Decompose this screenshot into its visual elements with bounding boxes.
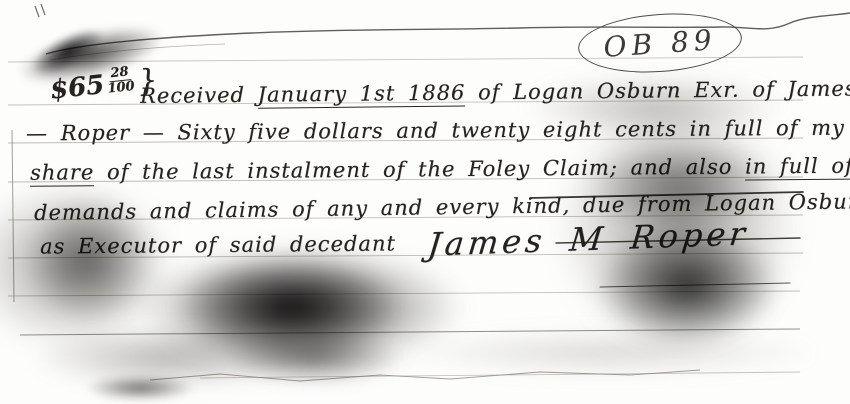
amount-fraction: 28 100 <box>105 65 135 96</box>
receipt-text-line-5: as Executor of said decedant <box>40 231 396 258</box>
line3-underlined-share: share <box>30 160 95 187</box>
amount-fraction-denominator: 100 <box>107 79 135 95</box>
line3-underlined-in-full: in full of all <box>745 153 850 180</box>
line1-underlined-date: January 1st 1886 <box>257 81 465 109</box>
line1-pre: Received <box>140 83 258 108</box>
scanned-receipt-document: OB 89 $65 28 100 } Received January 1st … <box>0 0 850 404</box>
line1-post: of Logan Osburn Exr. of James — <box>465 76 850 104</box>
line5-text: as Executor of said decedant <box>40 231 396 258</box>
docket-number: OB 89 <box>602 23 717 64</box>
amount-dollars: $65 <box>49 70 106 106</box>
